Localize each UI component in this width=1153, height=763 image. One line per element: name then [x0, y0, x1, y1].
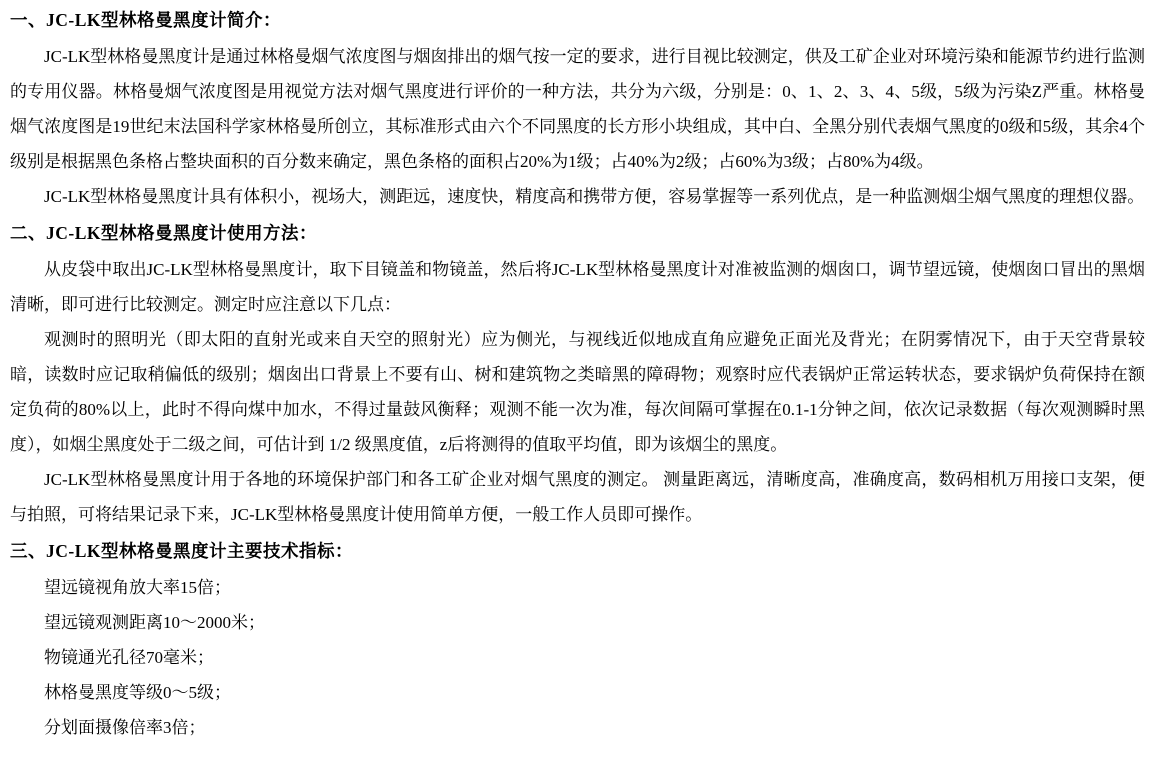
section-2-paragraph-precautions: 观测时的照明光（即太阳的直射光或来自天空的照射光）应为侧光，与视线近似地成直角应…	[10, 322, 1145, 462]
section-1-paragraph-intro: JC-LK型林格曼黑度计是通过林格曼烟气浓度图与烟囱排出的烟气按一定的要求，进行…	[10, 39, 1145, 179]
section-2-heading: 二、JC-LK型林格曼黑度计使用方法：	[10, 214, 1145, 252]
section-3-heading: 三、JC-LK型林格曼黑度计主要技术指标：	[10, 532, 1145, 570]
section-2-paragraph-usage: 从皮袋中取出JC-LK型林格曼黑度计，取下目镜盖和物镜盖，然后将JC-LK型林格…	[10, 252, 1145, 322]
spec-ringelmann-levels: 林格曼黑度等级0～5级；	[10, 675, 1145, 710]
spec-objective-aperture: 物镜通光孔径70毫米；	[10, 640, 1145, 675]
document-page: 一、JC-LK型林格曼黑度计简介： JC-LK型林格曼黑度计是通过林格曼烟气浓度…	[0, 0, 1153, 745]
section-1-paragraph-advantages: JC-LK型林格曼黑度计具有体积小，视场大，测距远，速度快，精度高和携带方便，容…	[10, 179, 1145, 214]
spec-observation-distance: 望远镜观测距离10～2000米；	[10, 605, 1145, 640]
spec-telescope-magnification: 望远镜视角放大率15倍；	[10, 570, 1145, 605]
spec-reticle-camera-magnification: 分划面摄像倍率3倍；	[10, 710, 1145, 745]
section-2-paragraph-applications: JC-LK型林格曼黑度计用于各地的环境保护部门和各工矿企业对烟气黑度的测定。 测…	[10, 462, 1145, 532]
section-1-heading: 一、JC-LK型林格曼黑度计简介：	[10, 1, 1145, 39]
